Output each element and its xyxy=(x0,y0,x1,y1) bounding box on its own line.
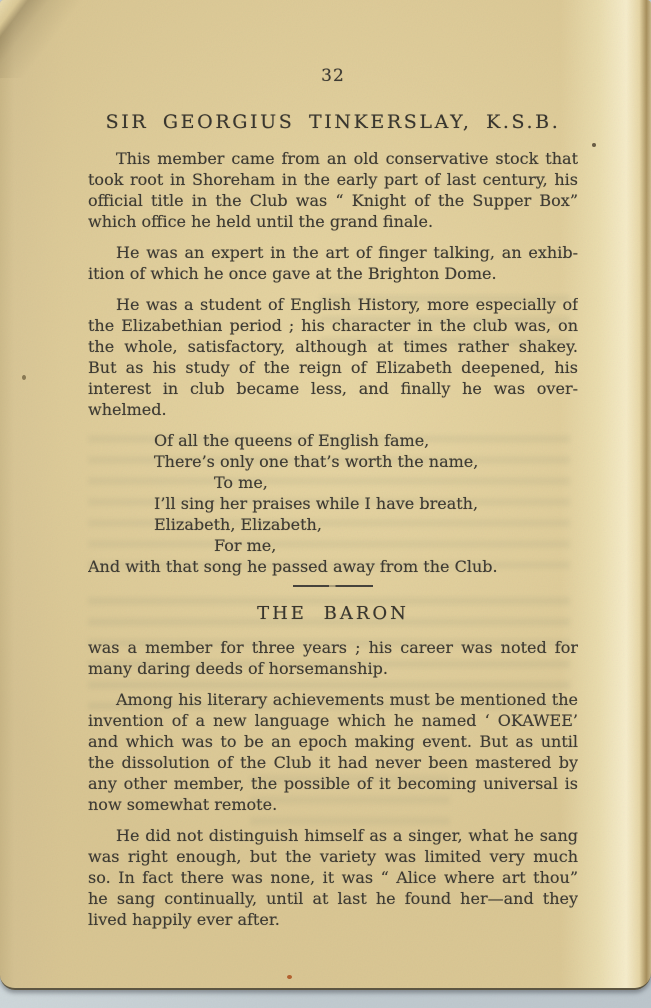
paragraph: This member came from an old conservativ… xyxy=(88,148,578,232)
scanned-book-page: 32 SIR GEORGIUS TINKERSLAY, K.S.B. This … xyxy=(0,0,651,1008)
text-line: any other member, the possible of it bec… xyxy=(88,773,578,794)
text-line: He was an expert in the art of finger ta… xyxy=(88,242,578,263)
text-line: This member came from an old conservativ… xyxy=(88,148,578,169)
poem-line: For me, xyxy=(88,535,578,556)
text-line: lived happily ever after. xyxy=(88,909,578,930)
paragraph: He was a student of English History, mor… xyxy=(88,294,578,420)
poem-line: I’ll sing her praises while I have breat… xyxy=(88,493,578,514)
section-title-tinkerslay: SIR GEORGIUS TINKERSLAY, K.S.B. xyxy=(88,110,578,134)
text-line: the Elizabethian period ; his character … xyxy=(88,315,578,336)
text-line: Among his literary achievements must be … xyxy=(88,689,578,710)
text-line: now somewhat remote. xyxy=(88,794,578,815)
text-line: and which was to be an epoch making even… xyxy=(88,731,578,752)
poem-line: And with that song he passed away from t… xyxy=(88,556,578,577)
text-line: many daring deeds of horsemanship. xyxy=(88,658,578,679)
paragraph: He was an expert in the art of finger ta… xyxy=(88,242,578,284)
page-stain xyxy=(592,143,596,147)
page-stain xyxy=(22,375,26,380)
page-stain xyxy=(287,975,292,979)
page-content: 32 SIR GEORGIUS TINKERSLAY, K.S.B. This … xyxy=(88,66,578,940)
section-divider xyxy=(293,585,373,587)
text-line: He was a student of English History, mor… xyxy=(88,294,578,315)
poem: Of all the queens of English fame, There… xyxy=(88,430,578,577)
section-title-baron: THE BARON xyxy=(88,603,578,625)
text-line: was a member for three years ; his caree… xyxy=(88,637,578,658)
text-line: so. In fact there was none, it was “ Ali… xyxy=(88,867,578,888)
text-line: whelmed. xyxy=(88,399,578,420)
text-line: invention of a new language which he nam… xyxy=(88,710,578,731)
paragraph: was a member for three years ; his caree… xyxy=(88,637,578,679)
paragraph: Among his literary achievements must be … xyxy=(88,689,578,815)
text-line: official title in the Club was “ Knight … xyxy=(88,190,578,211)
poem-line: Of all the queens of English fame, xyxy=(88,430,578,451)
poem-line: There’s only one that’s worth the name, xyxy=(88,451,578,472)
text-line: interest in club became less, and finall… xyxy=(88,378,578,399)
text-line: was right enough, but the variety was li… xyxy=(88,846,578,867)
text-line: the whole, satisfactory, although at tim… xyxy=(88,336,578,357)
text-line: the dissolution of the Club it had never… xyxy=(88,752,578,773)
page-number: 32 xyxy=(88,66,578,86)
text-line: But as his study of the reign of Elizabe… xyxy=(88,357,578,378)
text-line: which office he held until the grand fin… xyxy=(88,211,578,232)
text-line: took root in Shoreham in the early part … xyxy=(88,169,578,190)
poem-line: To me, xyxy=(88,472,578,493)
text-line: ition of which he once gave at the Brigh… xyxy=(88,263,578,284)
poem-line: Elizabeth, Elizabeth, xyxy=(88,514,578,535)
book-page: 32 SIR GEORGIUS TINKERSLAY, K.S.B. This … xyxy=(0,0,651,990)
text-line: He did not distinguish himself as a sing… xyxy=(88,825,578,846)
text-line: he sang continually, until at last he fo… xyxy=(88,888,578,909)
paragraph: He did not distinguish himself as a sing… xyxy=(88,825,578,930)
